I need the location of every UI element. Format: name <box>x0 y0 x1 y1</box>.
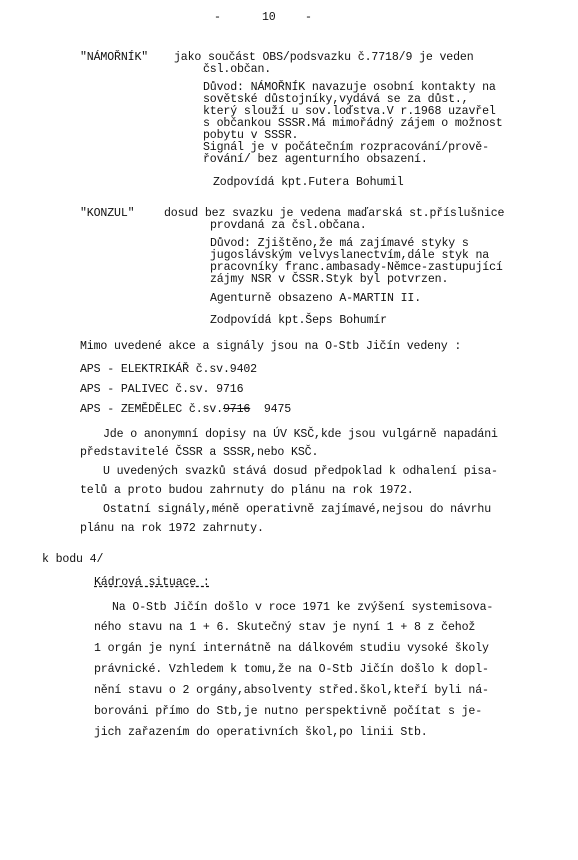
page-number: 10 <box>262 12 276 24</box>
codename-konzul: "KONZUL" <box>80 208 134 220</box>
konzul-agent: Agenturně obsazeno A-MARTIN II. <box>210 293 421 305</box>
aps-item-1: APS - ELEKTRIKÁŘ č.sv.9402 <box>80 364 257 376</box>
para2-line1: U uvedených svazků stává dosud předpokla… <box>103 466 498 478</box>
aps-item-3-struck-number: 9716 <box>223 403 250 416</box>
page-dash-left: - <box>214 12 221 24</box>
aps-item-3: APS - ZEMĚDĚLEC č.sv.9716 9475 <box>80 404 291 416</box>
namornik-intro-2: čsl.občan. <box>203 64 271 76</box>
para1-line2: představitelé ČSSR a SSSR,nebo KSČ. <box>80 447 318 459</box>
point-4-line-2: ného stavu na 1 + 6. Skutečný stav je ny… <box>94 622 475 634</box>
point-4-line-3: 1 orgán je nyní internátně na dálkovém s… <box>94 643 489 655</box>
namornik-responsible: Zodpovídá kpt.Futera Bohumil <box>213 177 404 189</box>
point-4-line-7: jich zařazením do operativních škol,po l… <box>94 727 428 739</box>
codename-namornik: "NÁMOŘNÍK" <box>80 52 148 64</box>
para1-line1: Jde o anonymní dopisy na ÚV KSČ,kde jsou… <box>103 429 498 441</box>
aps-item-3-correction: 9475 <box>264 403 291 416</box>
point-4-heading: k bodu 4/ <box>42 554 103 566</box>
other-actions-heading: Mimo uvedené akce a signály jsou na O-St… <box>80 341 461 353</box>
aps-item-3-text: APS - ZEMĚDĚLEC č.sv. <box>80 403 223 416</box>
point-4-subheading: Kádrová situace : <box>94 577 210 589</box>
para3-line2: plánu na rok 1972 zahrnuty. <box>80 523 264 535</box>
point-4-line-4: právnické. Vzhledem k tomu,že na O-Stb J… <box>94 664 489 676</box>
konzul-reason-4: zájmy NSR v ČSSR.Styk byl potvrzen. <box>210 274 448 286</box>
point-4-line-6: borováni přímo do Stb,je nutno perspekti… <box>94 706 482 718</box>
point-4-line-5: nění stavu o 2 orgány,absolventy střed.š… <box>94 685 489 697</box>
namornik-reason-7: řování/ bez agenturního obsazení. <box>203 154 428 166</box>
aps-item-2: APS - PALIVEC č.sv. 9716 <box>80 384 243 396</box>
konzul-intro-2: provdaná za čsl.občana. <box>210 220 367 232</box>
konzul-responsible: Zodpovídá kpt.Šeps Bohumír <box>210 315 387 327</box>
para3-line1: Ostatní signály,méně operativně zajímavé… <box>103 504 491 516</box>
point-4-line-1: Na O-Stb Jičín došlo v roce 1971 ke zvýš… <box>112 602 493 614</box>
page-dash-right: - <box>305 12 312 24</box>
para2-line2: telů a proto budou zahrnuty do plánu na … <box>80 485 414 497</box>
